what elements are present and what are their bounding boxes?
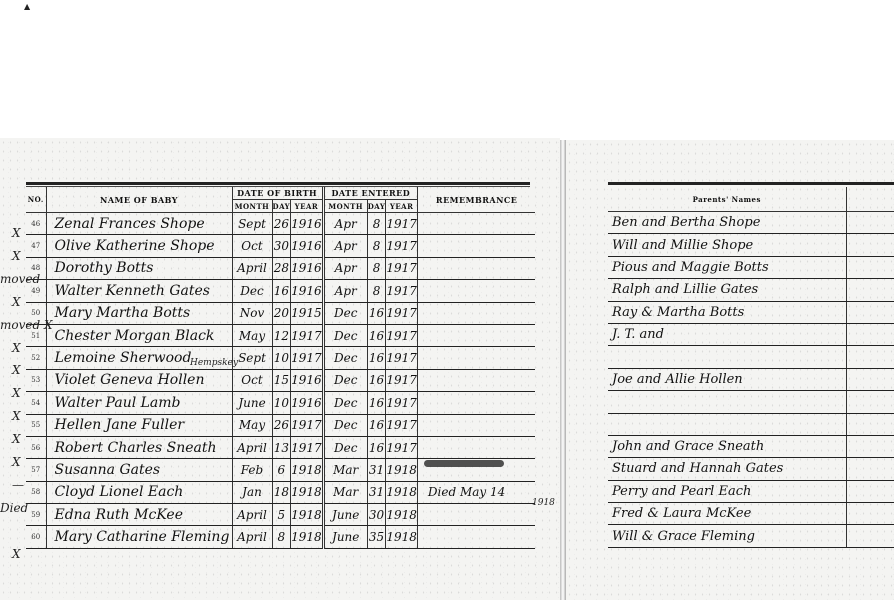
row-number: 60 xyxy=(26,526,46,548)
extra-cell xyxy=(846,458,894,480)
entered-day: 35 xyxy=(367,526,386,548)
parents-row xyxy=(608,346,894,368)
table-row: 52Lemoine SherwoodSept101917Dec161917 xyxy=(26,347,535,369)
birth-day: 13 xyxy=(272,436,291,458)
extra-cell xyxy=(846,323,894,345)
row-number: 46 xyxy=(26,213,46,235)
margin-annotation: X xyxy=(12,409,21,423)
birth-month: April xyxy=(232,526,272,548)
entered-day: 16 xyxy=(367,347,386,369)
entered-day: 16 xyxy=(367,302,386,324)
baby-name: Olive Katherine Shope xyxy=(46,235,232,257)
birth-month: May xyxy=(232,414,272,436)
parents-names: John and Grace Sneath xyxy=(608,435,846,457)
entered-month: Dec xyxy=(323,324,367,346)
birth-year: 1916 xyxy=(291,257,324,279)
entered-day: 16 xyxy=(367,436,386,458)
extra-cell xyxy=(846,256,894,278)
row-number: 56 xyxy=(26,436,46,458)
birth-month: April xyxy=(232,436,272,458)
margin-annotation: X xyxy=(12,341,21,355)
birth-month: April xyxy=(232,504,272,526)
remembrance xyxy=(417,526,535,548)
right-top-rule xyxy=(608,182,894,185)
margin-annotation: X xyxy=(12,226,21,240)
header-no: No. xyxy=(26,187,46,213)
entered-day: 8 xyxy=(367,235,386,257)
header-date-of-birth: Date of Birth xyxy=(232,187,323,200)
remembrance xyxy=(417,324,535,346)
parents-names xyxy=(608,391,846,413)
entered-month: Dec xyxy=(323,414,367,436)
birth-year: 1916 xyxy=(291,235,324,257)
entered-month: Apr xyxy=(323,235,367,257)
birth-year: 1916 xyxy=(291,369,324,391)
entered-day: 8 xyxy=(367,280,386,302)
parents-row xyxy=(608,391,894,413)
entered-month: Dec xyxy=(323,347,367,369)
margin-annotation: X xyxy=(12,386,21,400)
parents-names: Ben and Bertha Shope xyxy=(608,212,846,234)
entered-month: Dec xyxy=(323,369,367,391)
birth-day: 15 xyxy=(272,369,291,391)
birth-year: 1917 xyxy=(291,324,324,346)
header-birth-day: Day xyxy=(272,200,291,213)
baby-name: Violet Geneva Hollen xyxy=(46,369,232,391)
birth-year: 1916 xyxy=(291,280,324,302)
table-row: 59Edna Ruth McKeeApril51918June301918 xyxy=(26,504,535,526)
parents-row xyxy=(608,413,894,435)
parents-row: Joe and Allie Hollen xyxy=(608,368,894,390)
birth-day: 12 xyxy=(272,324,291,346)
row-number: 53 xyxy=(26,369,46,391)
entered-day: 31 xyxy=(367,481,386,503)
birth-year: 1916 xyxy=(291,213,324,235)
remembrance xyxy=(417,347,535,369)
parents-row: Ralph and Lillie Gates xyxy=(608,279,894,301)
entered-year: 1917 xyxy=(386,392,418,414)
entered-day: 31 xyxy=(367,459,386,481)
extra-cell xyxy=(846,301,894,323)
remembrance xyxy=(417,235,535,257)
parents-row: Ben and Bertha Shope xyxy=(608,212,894,234)
baby-name: Robert Charles Sneath xyxy=(46,436,232,458)
table-row: 49Walter Kenneth GatesDec161916Apr81917 xyxy=(26,280,535,302)
name-annotation: Hempskey xyxy=(190,358,238,368)
margin-annotation: — xyxy=(12,478,24,492)
extra-cell xyxy=(846,391,894,413)
birth-month: Dec xyxy=(232,280,272,302)
parents-names: Fred & Laura McKee xyxy=(608,503,846,525)
baby-name: Walter Paul Lamb xyxy=(46,392,232,414)
entered-month: Dec xyxy=(323,392,367,414)
entered-month: Apr xyxy=(323,280,367,302)
scribbled-out-remembrance xyxy=(424,460,504,467)
table-row: 55Hellen Jane FullerMay261917Dec161917 xyxy=(26,414,535,436)
birth-day: 5 xyxy=(272,504,291,526)
margin-annotation: Died xyxy=(0,501,28,515)
birth-day: 20 xyxy=(272,302,291,324)
birth-day: 26 xyxy=(272,414,291,436)
table-row: 51Chester Morgan BlackMay121917Dec161917 xyxy=(26,324,535,346)
parents-row: Fred & Laura McKee xyxy=(608,503,894,525)
entered-day: 16 xyxy=(367,392,386,414)
parents-table: Parents' Names Ben and Bertha ShopeWill … xyxy=(608,187,894,548)
birth-month: Oct xyxy=(232,369,272,391)
remembrance xyxy=(417,392,535,414)
entered-month: June xyxy=(323,504,367,526)
extra-cell xyxy=(846,346,894,368)
parents-names: Perry and Pearl Each xyxy=(608,480,846,502)
table-row: 47Olive Katherine ShopeOct301916Apr81917 xyxy=(26,235,535,257)
header-entered-day: Day xyxy=(367,200,386,213)
entered-year: 1917 xyxy=(386,324,418,346)
margin-annotation: X xyxy=(12,363,21,377)
entered-day: 16 xyxy=(367,414,386,436)
extra-cell xyxy=(846,279,894,301)
birth-day: 16 xyxy=(272,280,291,302)
parents-names: Joe and Allie Hollen xyxy=(608,368,846,390)
header-name-of-baby: Name of Baby xyxy=(46,187,232,213)
birth-month: April xyxy=(232,257,272,279)
birth-month: Oct xyxy=(232,235,272,257)
birth-month: Feb xyxy=(232,459,272,481)
entered-month: Mar xyxy=(323,481,367,503)
table-row: 60Mary Catharine FlemingApril81918June35… xyxy=(26,526,535,548)
margin-annotation: moved X xyxy=(0,318,53,332)
extra-cell xyxy=(846,480,894,502)
header-birth-year: Year xyxy=(291,200,324,213)
parents-row: Ray & Martha Botts xyxy=(608,301,894,323)
entered-month: Dec xyxy=(323,302,367,324)
remembrance xyxy=(417,504,535,526)
entered-year: 1917 xyxy=(386,414,418,436)
margin-annotation: X xyxy=(12,295,21,309)
birth-month: May xyxy=(232,324,272,346)
parents-names xyxy=(608,413,846,435)
row-number: 58 xyxy=(26,481,46,503)
baby-name: Susanna Gates xyxy=(46,459,232,481)
birth-month: Jan xyxy=(232,481,272,503)
remembrance xyxy=(417,280,535,302)
birth-day: 10 xyxy=(272,347,291,369)
birth-day: 6 xyxy=(272,459,291,481)
table-row: 50Mary Martha BottsNov201915Dec161917 xyxy=(26,302,535,324)
entered-year: 1917 xyxy=(386,280,418,302)
parents-names: Stuard and Hannah Gates xyxy=(608,458,846,480)
entered-year: 1917 xyxy=(386,302,418,324)
header-extra-column xyxy=(846,187,894,212)
margin-annotation: X xyxy=(12,432,21,446)
birth-day: 26 xyxy=(272,213,291,235)
header-birth-month: Month xyxy=(232,200,272,213)
entered-day: 8 xyxy=(367,257,386,279)
baby-register-table: No. Name of Baby Date of Birth Date Ente… xyxy=(26,187,535,549)
entered-year: 1917 xyxy=(386,347,418,369)
margin-annotation: X xyxy=(12,455,21,469)
header-date-entered: Date Entered xyxy=(323,187,417,200)
remembrance xyxy=(417,414,535,436)
birth-year: 1918 xyxy=(291,504,324,526)
parents-names: J. T. and xyxy=(608,323,846,345)
margin-annotation: moved xyxy=(0,272,40,286)
baby-name: Zenal Frances Shope xyxy=(46,213,232,235)
extra-cell xyxy=(846,503,894,525)
remembrance xyxy=(417,213,535,235)
header-entered-month: Month xyxy=(323,200,367,213)
parents-names xyxy=(608,346,846,368)
row-number: 59 xyxy=(26,504,46,526)
entered-day: 16 xyxy=(367,324,386,346)
top-rule xyxy=(26,182,530,185)
extra-cell xyxy=(846,413,894,435)
header-entered-year: Year xyxy=(386,200,418,213)
remembrance: Died May 14 xyxy=(417,481,535,503)
baby-name: Cloyd Lionel Each xyxy=(46,481,232,503)
parents-names: Ralph and Lillie Gates xyxy=(608,279,846,301)
table-row: 56Robert Charles SneathApril131917Dec161… xyxy=(26,436,535,458)
baby-name: Edna Ruth McKee xyxy=(46,504,232,526)
entered-month: Apr xyxy=(323,257,367,279)
parents-row: Will and Millie Shope xyxy=(608,234,894,256)
parents-row: J. T. and xyxy=(608,323,894,345)
birth-year: 1917 xyxy=(291,414,324,436)
header-remembrance: Remembrance xyxy=(417,187,535,213)
parents-names: Will & Grace Fleming xyxy=(608,525,846,547)
birth-year: 1916 xyxy=(291,392,324,414)
birth-month: Sept xyxy=(232,213,272,235)
parents-names: Ray & Martha Botts xyxy=(608,301,846,323)
entered-month: Mar xyxy=(323,459,367,481)
extra-cell xyxy=(846,234,894,256)
extra-cell xyxy=(846,435,894,457)
entered-year: 1917 xyxy=(386,213,418,235)
row-number: 47 xyxy=(26,235,46,257)
parents-row: Will & Grace Fleming xyxy=(608,525,894,547)
entered-year: 1918 xyxy=(386,526,418,548)
table-row: 46Zenal Frances ShopeSept261916Apr81917 xyxy=(26,213,535,235)
entered-year: 1917 xyxy=(386,235,418,257)
row-number: 54 xyxy=(26,392,46,414)
birth-day: 8 xyxy=(272,526,291,548)
entered-day: 30 xyxy=(367,504,386,526)
entered-day: 16 xyxy=(367,369,386,391)
entered-year: 1917 xyxy=(386,257,418,279)
entered-year: 1918 xyxy=(386,481,418,503)
row-number: 57 xyxy=(26,459,46,481)
entered-month: June xyxy=(323,526,367,548)
entered-year: 1917 xyxy=(386,436,418,458)
birth-year: 1918 xyxy=(291,526,324,548)
birth-month: Sept xyxy=(232,347,272,369)
entered-year: 1918 xyxy=(386,459,418,481)
remembrance xyxy=(417,257,535,279)
header-parents-names: Parents' Names xyxy=(608,187,846,212)
margin-annotation: X xyxy=(12,249,21,263)
parents-row: Perry and Pearl Each xyxy=(608,480,894,502)
entered-year: 1917 xyxy=(386,369,418,391)
baby-name: Hellen Jane Fuller xyxy=(46,414,232,436)
remembrance-year: 1918 xyxy=(532,498,555,508)
entered-month: Apr xyxy=(323,213,367,235)
birth-year: 1918 xyxy=(291,459,324,481)
baby-name: Mary Martha Botts xyxy=(46,302,232,324)
birth-year: 1918 xyxy=(291,481,324,503)
entered-year: 1918 xyxy=(386,504,418,526)
parents-row: Pious and Maggie Botts xyxy=(608,256,894,278)
parents-names: Will and Millie Shope xyxy=(608,234,846,256)
parents-names: Pious and Maggie Botts xyxy=(608,256,846,278)
entered-month: Dec xyxy=(323,436,367,458)
entered-day: 8 xyxy=(367,213,386,235)
row-number: 52 xyxy=(26,347,46,369)
baby-name: Mary Catharine Fleming xyxy=(46,526,232,548)
birth-day: 28 xyxy=(272,257,291,279)
birth-year: 1917 xyxy=(291,436,324,458)
birth-day: 10 xyxy=(272,392,291,414)
row-number: 55 xyxy=(26,414,46,436)
table-row: 54Walter Paul LambJune101916Dec161917 xyxy=(26,392,535,414)
birth-month: June xyxy=(232,392,272,414)
extra-cell xyxy=(846,525,894,547)
birth-day: 30 xyxy=(272,235,291,257)
table-row: 48Dorothy BottsApril281916Apr81917 xyxy=(26,257,535,279)
parents-row: John and Grace Sneath xyxy=(608,435,894,457)
birth-year: 1915 xyxy=(291,302,324,324)
table-row: 53Violet Geneva HollenOct151916Dec161917 xyxy=(26,369,535,391)
remembrance xyxy=(417,436,535,458)
table-row: 58Cloyd Lionel EachJan181918Mar311918Die… xyxy=(26,481,535,503)
parents-row: Stuard and Hannah Gates xyxy=(608,458,894,480)
baby-name: Chester Morgan Black xyxy=(46,324,232,346)
extra-cell xyxy=(846,212,894,234)
remembrance xyxy=(417,302,535,324)
remembrance xyxy=(417,369,535,391)
birth-year: 1917 xyxy=(291,347,324,369)
birth-month: Nov xyxy=(232,302,272,324)
baby-name: Dorothy Botts xyxy=(46,257,232,279)
birth-day: 18 xyxy=(272,481,291,503)
corner-mark: ▲ xyxy=(24,2,30,11)
extra-cell xyxy=(846,368,894,390)
margin-annotation: X xyxy=(12,547,21,561)
baby-name: Walter Kenneth Gates xyxy=(46,280,232,302)
